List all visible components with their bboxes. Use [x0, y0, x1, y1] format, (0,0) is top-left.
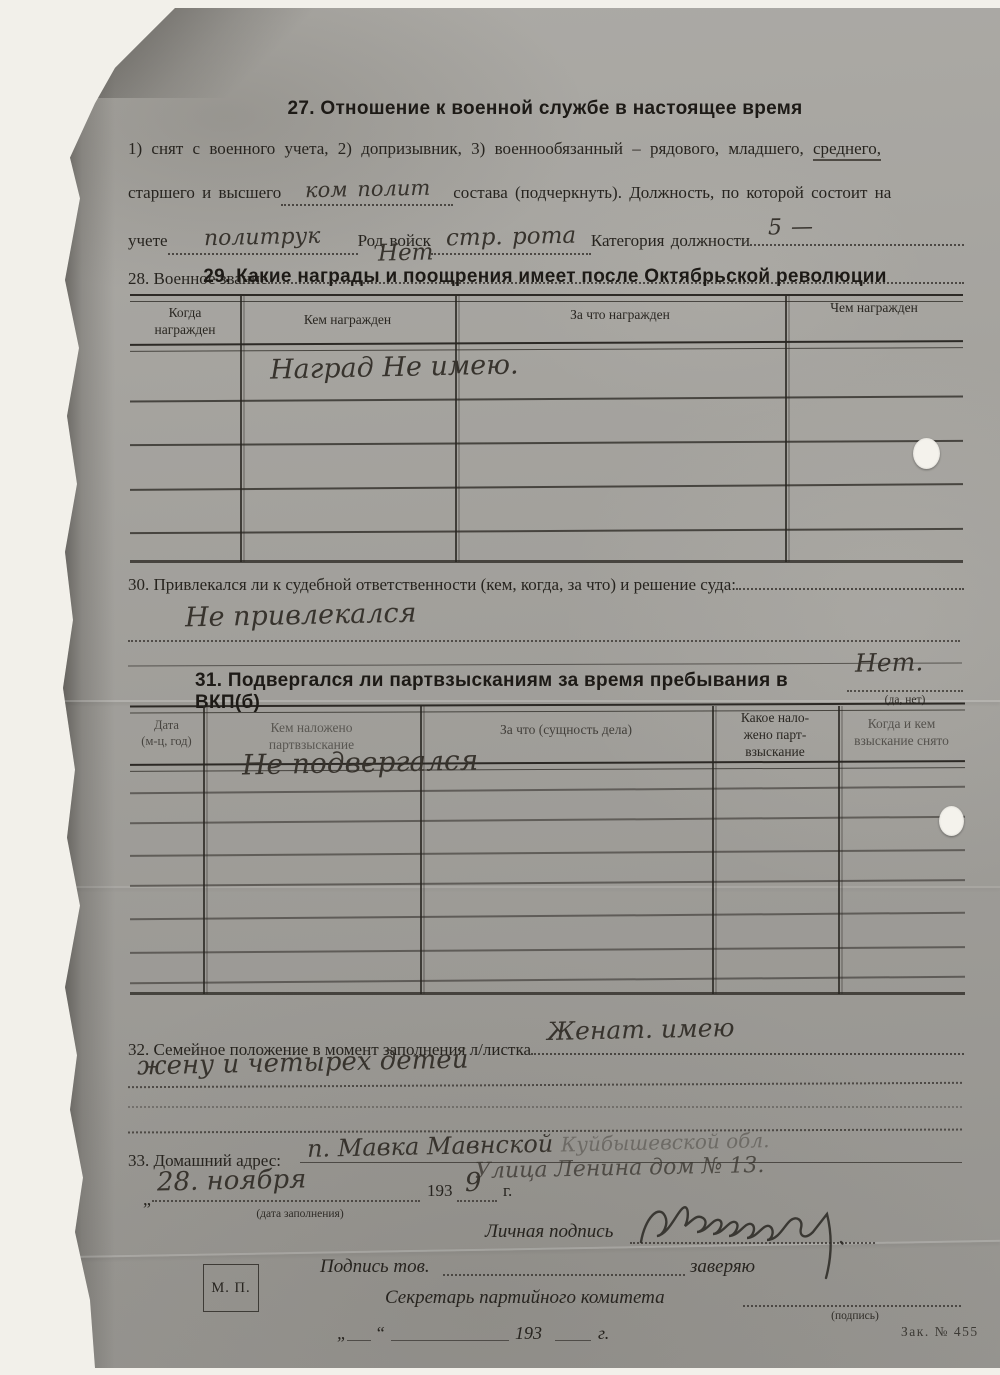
table-row-line	[130, 483, 963, 491]
section27-cat-num-field: 5 —	[750, 216, 964, 246]
punch-hole	[913, 438, 940, 469]
personal-signature-label: Личная подпись	[485, 1220, 613, 1244]
handwriting-year-digit: 9	[465, 1168, 482, 1198]
secretary-label: Секретарь партийного комитета	[385, 1286, 665, 1310]
awards-col-forwhat: За что награжден	[455, 307, 785, 324]
print-order-number: Зак. № 455	[901, 1324, 979, 1341]
handwriting-address-line2: Улица Ленина дом № 13.	[475, 1153, 765, 1184]
section27-uchete-label: учете	[128, 230, 168, 251]
witness-suffix: заверяю	[690, 1255, 755, 1279]
column-divider	[455, 296, 457, 562]
scanned-form-page: { "sec27": { "title": "27. Отношение к в…	[0, 0, 1000, 1375]
bottom-date-year: 193	[515, 1322, 542, 1345]
section32-field: Женат. имею	[531, 1022, 964, 1055]
date-caption: (дата заполнения)	[195, 1208, 405, 1220]
witness-signature-label: Подпись тов.	[320, 1255, 430, 1279]
section27-underlined-word: среднего,	[813, 139, 881, 161]
address-region-faint: Куйбышевской обл.	[561, 1128, 770, 1156]
handwriting-politruk: политрук	[204, 222, 321, 252]
handwriting-net-answer: Нет.	[855, 647, 924, 677]
handwriting-kompolit: ком полит	[304, 175, 430, 204]
section27-title: 27. Отношение к военной службе в настоящ…	[130, 98, 960, 120]
handwriting-net-rank: Нет	[377, 238, 433, 268]
penalties-col-forwhat: За что (сущность дела)	[420, 722, 712, 739]
handwriting-no-awards: Наград Не имею.	[270, 349, 519, 385]
date-open-quote: „	[143, 1188, 151, 1211]
penalties-col-what: Какое нало- жено парт- взыскание	[712, 710, 838, 761]
section29-title: 29. Какие награды и поощрения имеет посл…	[130, 266, 960, 288]
secretary-signature-caption: (подпись)	[790, 1310, 920, 1322]
penalties-table: Дата (м-ц, год) Кем наложено партвзыскан…	[130, 704, 965, 996]
bottom-date-open-quote: „	[337, 1322, 347, 1345]
bottom-date-close-quote: “	[375, 1322, 385, 1345]
table-header-rule	[130, 340, 963, 352]
penalties-col-removed: Когда и кем взыскание снято	[838, 716, 965, 750]
section27-position-field: политрук	[168, 226, 358, 256]
handwriting-married: Женат. имею	[547, 1012, 735, 1047]
awards-col-withwhat: Чем награжден	[785, 300, 963, 317]
punch-hole	[939, 806, 964, 836]
handwriting-category-5: 5 —	[768, 214, 814, 242]
table-row-line	[130, 528, 963, 534]
handwriting-not-prosecuted: Не привлекался	[185, 598, 417, 634]
stamp-place-box: М. П.	[203, 1264, 259, 1312]
stamp-place-label: М. П.	[211, 1280, 250, 1297]
handwriting-str-rota: стр. рота	[445, 221, 576, 252]
handwriting-family: жену и четырех детей	[137, 1045, 469, 1082]
table-row-line	[130, 440, 963, 446]
bottom-date-suffix: г.	[598, 1322, 609, 1345]
table-bottom-line	[130, 560, 963, 563]
section30-label: 30. Привлекался ли к судебной ответствен…	[128, 574, 736, 595]
penalties-col-date: Дата (м-ц, год)	[130, 718, 203, 749]
section30-field	[736, 588, 964, 590]
awards-col-when: Когда награжден	[130, 305, 240, 339]
section27-troops-field: стр. рота	[431, 225, 591, 256]
handwriting-fill-date: 28. ноября	[157, 1164, 307, 1197]
date-g-suffix: г.	[503, 1180, 512, 1201]
table-row-line	[130, 395, 963, 402]
section27-line2-prefix: старшего и высшего	[128, 182, 281, 203]
column-divider	[785, 296, 787, 562]
document-page: 27. Отношение к военной службе в настоящ…	[55, 8, 1000, 1368]
section27-line1: 1) снят с военного учета, 2) допризывник…	[128, 139, 804, 158]
awards-col-bywhom: Кем награжден	[240, 312, 455, 329]
torn-edge-shadow	[55, 8, 115, 1368]
date-year-print: 193	[427, 1180, 453, 1201]
awards-table: Когда награжден Кем награжден За что наг…	[130, 294, 963, 562]
section27-category-field: ком полит	[281, 178, 453, 206]
column-divider	[240, 296, 242, 562]
torn-corner-shadow	[55, 8, 315, 98]
section27-line2-suffix: состава (подчеркнуть). Должность, по кот…	[453, 182, 891, 203]
section27-category-label: Категория должности	[591, 230, 750, 251]
personal-signature	[633, 1184, 893, 1284]
handwriting-no-penalties: Не подвергался	[242, 744, 479, 782]
